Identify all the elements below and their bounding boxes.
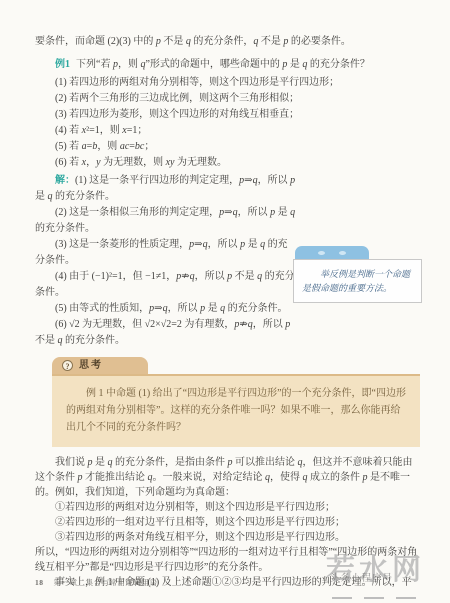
- solution-step-5: (5) 由等式的性质知，p⇒q，所以 p 是 q 的充分条件。: [35, 301, 297, 317]
- think-title: 思考: [79, 358, 103, 374]
- discussion-item-2: ②若四边形的一组对边平行且相等，则这个四边形是平行四边形；: [35, 515, 419, 530]
- intro-paragraph: 要条件，而命题 (2)(3) 中的 p 不是 q 的充分条件，q 不是 p 的必…: [35, 34, 419, 50]
- example-item-1: (1) 若四边形的两组对角分别相等，则这个四边形是平行四边形；: [35, 75, 419, 91]
- discussion-item-1: ①若四边形的两组对边分别相等，则这个四边形是平行四边形；: [35, 500, 419, 515]
- solution-step-2: (2) 这是一条相似三角形的判定定理，p⇒q，所以 p 是 q 的充分条件。: [35, 205, 297, 237]
- example-label: 例1: [55, 59, 70, 70]
- solution-section: 解：(1) 这是一条平行四边形的判定定理，p⇒q，所以 p 是 q 的充分条件。…: [35, 173, 297, 349]
- page-footer: 18 第一章 集合与常用逻辑用语: [35, 575, 158, 591]
- solution-step-6: (6) √2 为无理数，但 √2×√2=2 为有理数，p⇏q，所以 p 不是 q…: [35, 317, 297, 349]
- page-number: 18: [35, 575, 44, 591]
- example-question: 下列“若 p，则 q”形式的命题中，哪些命题中的 p 是 q 的充分条件？: [76, 59, 370, 70]
- example-item-5: (5) 若 a=b，则 ac=bc；: [35, 139, 419, 155]
- example-heading: 例1下列“若 p，则 q”形式的命题中，哪些命题中的 p 是 q 的充分条件？: [35, 57, 419, 73]
- discussion-item-list: ①若四边形的两组对边分别相等，则这个四边形是平行四边形； ②若四边形的一组对边平…: [35, 500, 419, 545]
- chapter-title: 第一章 集合与常用逻辑用语: [54, 575, 158, 591]
- note-tab-dot-icon: [318, 251, 325, 255]
- example-item-2: (2) 若两个三角形的三边成比例，则这两个三角形相似；: [35, 91, 419, 107]
- solution-step-3: (3) 这是一条菱形的性质定理，p⇒q，所以 p 是 q 的充分条件。: [35, 237, 297, 269]
- margin-note-tab: [295, 246, 369, 259]
- example-item-4: (4) 若 x²=1，则 x=1；: [35, 123, 419, 139]
- think-tab: ? 思考: [52, 357, 148, 374]
- discussion-section: 我们说 p 是 q 的充分条件，是指由条件 p 可以推出结论 q，但这并不意味着…: [35, 455, 419, 590]
- example-item-list: (1) 若四边形的两组对角分别相等，则这个四边形是平行四边形； (2) 若两个三…: [35, 75, 419, 171]
- example-item-3: (3) 若四边形为菱形，则这个四边形的对角线互相垂直；: [35, 107, 419, 123]
- solution-step-1: 解：(1) 这是一条平行四边形的判定定理，p⇒q，所以 p 是 q 的充分条件。: [35, 173, 297, 205]
- think-box: ? 思考 例 1 中命题 (1) 给出了“四边形是平行四边形”的一个充分条件，即…: [52, 359, 420, 447]
- discussion-item-3: ③若四边形的两条对角线互相平分，则这个四边形是平行四边形。: [35, 530, 419, 545]
- watermark-underline-marks: [332, 597, 416, 599]
- note-tab-dot-icon: [339, 251, 346, 255]
- textbook-page: 要条件，而命题 (2)(3) 中的 p 不是 q 的充分条件，q 不是 p 的必…: [0, 0, 450, 603]
- discussion-para-2: 所以，“四边形的两组对边分别相等”“四边形的一组对边平行且相等”“四边形的两条对…: [35, 545, 419, 575]
- think-body: 例 1 中命题 (1) 给出了“四边形是平行四边形”的一个充分条件，即“四边形的…: [52, 376, 420, 447]
- margin-note: 举反例是判断一个命题是假命题的重要方法。: [293, 246, 422, 303]
- discussion-para-1: 我们说 p 是 q 的充分条件，是指由条件 p 可以推出结论 q，但这并不意味着…: [35, 455, 419, 500]
- think-tab-row: ? 思考: [52, 359, 420, 376]
- solution-step-4: (4) 由于 (−1)²=1，但 −1≠1，p⇏q，所以 p 不是 q 的充分条…: [35, 269, 297, 301]
- margin-note-text: 举反例是判断一个命题是假命题的重要方法。: [293, 259, 422, 303]
- solution-label: 解：: [55, 175, 75, 186]
- example-item-6: (6) 若 x，y 为无理数，则 xy 为无理数。: [35, 155, 419, 171]
- question-mark-icon: ?: [62, 360, 73, 371]
- page-content: 要条件，而命题 (2)(3) 中的 p 不是 q 的充分条件，q 不是 p 的必…: [35, 34, 419, 590]
